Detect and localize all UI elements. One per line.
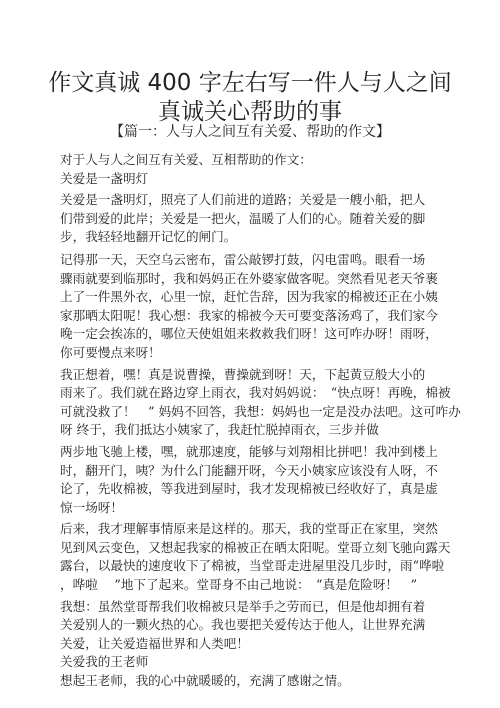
text-line: 论了，先收棉被，等我进到屋时，我才发现棉被已经收好了，真是虚: [60, 480, 410, 499]
text-line: 雨来了。我们就在路边穿上雨衣，我对妈妈说： “快点呀！再晚，棉被: [60, 384, 410, 403]
text-line: 时，翻开门，咦？为什么门能翻开呀，今天小姨家应该没有人呀，不: [60, 462, 410, 481]
text-line: ，哗啦 ”地下了起来。堂哥身不由己地说： “真是危险呀！ ”: [60, 576, 410, 595]
text-line: 骤雨就要到临那时，我和妈妈正在外婆家做客呢。突然看见老天爷裹: [60, 270, 410, 289]
text-line: 对于人与人之间互有关爱、互相帮助的作文：: [60, 151, 410, 170]
text-line: 们带到爱的此岸；关爱是一把火，温暖了人们的心。随着关爱的脚: [60, 210, 410, 229]
essay-body: 对于人与人之间互有关爱、互相帮助的作文： 关爱是一盏明灯 关爱是一盏明灯，照亮了…: [60, 151, 410, 691]
text-line: 见到风云变色，又想起我家的棉被正在晒太阳呢。堂哥立刻飞驰向露天: [60, 539, 410, 558]
text-line: 我想：虽然堂哥帮我们收棉被只是举手之劳而已，但是他却拥有着: [60, 598, 410, 617]
text-line: 关爱，让关爱造福世界和人类吧！: [60, 635, 410, 654]
text-line: 关爱是一盏明灯: [60, 170, 410, 189]
text-line: 记得那一天，天空乌云密布，雷公敲锣打鼓，闪电雷鸣。眼看一场: [60, 251, 410, 270]
text-line: 关爱我的王老师: [60, 653, 410, 672]
document-page: 作文真诚 400 字左右写一件人与人之间 真诚关心帮助的事 【篇一：人与人之间互…: [0, 0, 500, 708]
text-line: 露台，以最快的速度收下了棉被，当堂哥走进屋里没几步时，雨“哗啦: [60, 557, 410, 576]
text-line: 晚一定会挨冻的，哪位天使姐姐来救救我们呀！这可咋办呀！雨呀，: [60, 325, 410, 344]
text-line: 两步地飞驰上楼，嘿，就那速度，能够与刘翔相比拼吧！我冲到楼上: [60, 443, 410, 462]
text-line: 步，我轻轻地翻开记忆的闸门。: [60, 228, 410, 247]
text-line: 想起王老师，我的心中就暖暖的，充满了感谢之情。: [60, 672, 410, 691]
text-line: 后来，我才理解事情原来是这样的。那天，我的堂哥正在家里，突然: [60, 520, 410, 539]
text-line: 关爱别人的一颗火热的心。我也要把关爱传达于他人，让世界充满: [60, 616, 410, 635]
text-line: 你可要慢点来呀！: [60, 344, 410, 363]
text-line: 可就没救了！ ” 妈妈不回答，我想：妈妈也一定是没办法吧。这可咋办: [60, 403, 410, 422]
text-line: 关爱是一盏明灯，照亮了人们前进的道路；关爱是一艘小船，把人: [60, 191, 410, 210]
text-line: 家那晒太阳呢！我心想：我家的棉被今天可要变落汤鸡了，我们家今: [60, 307, 410, 326]
section-heading: 【篇一：人与人之间互有关爱、帮助的作文】: [0, 121, 500, 141]
text-line: 上了一件黑外衣，心里一惊，赶忙告辞，因为我家的棉被还正在小姨: [60, 288, 410, 307]
text-line: 我正想着，嘿！真是说曹操，曹操就到呀！天，下起黄豆般大小的: [60, 366, 410, 385]
text-line: 呀 终于，我们抵达小姨家了，我赶忙脱掉雨衣，三步并做: [60, 421, 410, 440]
text-line: 惊一场呀！: [60, 499, 410, 518]
